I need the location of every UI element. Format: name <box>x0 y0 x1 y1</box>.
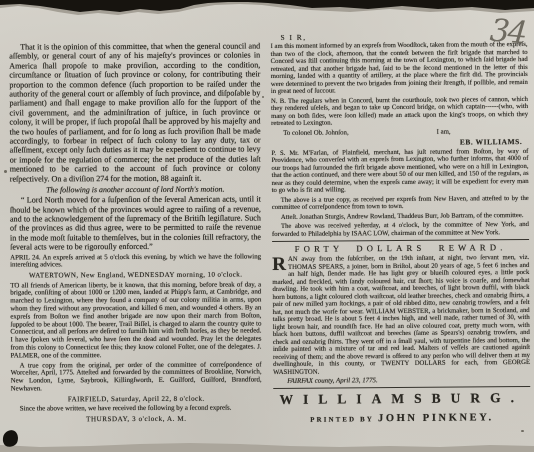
letter-addressee: To colonel Ob. Johnſon, <box>283 129 348 138</box>
palmer-alarm-letter: TO all friends of American liberty, be i… <box>10 281 261 360</box>
reward-body-text: AN away from the ſubſcriber, on the 19th… <box>272 254 530 376</box>
paper-speck <box>262 96 264 98</box>
right-column: S I R, I am this moment informed by an e… <box>270 31 530 429</box>
committee-opinion-paragraph: That it is the opinion of this committee… <box>9 41 261 183</box>
worcester-attestation: A true copy from the original, per order… <box>11 361 262 393</box>
letter-i-am: I am, <box>437 128 451 136</box>
imprint-line: PRINTED BY JOHN PINKNEY. <box>273 407 530 427</box>
april-express-note: APRIL 24. An expreſs arrived at 5 o'cloc… <box>10 253 261 270</box>
divider-rule <box>273 386 530 389</box>
true-copy-note: The above is a true copy, as received pe… <box>272 194 529 211</box>
received-forwarded-note: The above was received yeſterday, at 4 o… <box>272 221 529 238</box>
second-express-note: Since the above written, we have receive… <box>11 405 262 414</box>
paper-speck <box>521 430 524 432</box>
reward-dropcap: R <box>272 256 288 272</box>
imprint-printer-name: JOHN PINKNEY. <box>378 412 494 424</box>
thursday-timestamp: THURSDAY, 3 o'clock, A. M. <box>11 414 262 424</box>
fairfax-dateline: FAIRFAX county, April 23, 1775. <box>287 376 530 385</box>
attest-line: Atteſt. Jonathan Sturgis, Andrew Rowland… <box>272 211 529 221</box>
ink-blot <box>1 429 19 449</box>
postscript-paragraph: P. S. Mr. M'Farlan, of Plainfield, merch… <box>271 147 528 194</box>
woodstock-express-letter: I am this moment informed by an expreſs … <box>271 41 528 96</box>
reward-headline: FORTY DOLLARS REWARD. <box>272 242 529 254</box>
watertown-dateline: WATERTOWN, New England, WEDNESDAY mornin… <box>10 271 261 281</box>
fairfield-dateline: FAIRFIELD, Saturday, April 22, 8 o'clock… <box>11 394 262 404</box>
paper-speck <box>4 170 7 173</box>
newspaper-scan-page: { "page": { "handwritten_page_number": "… <box>0 0 534 452</box>
nb-note: N. B. The regulars when in Concord, burn… <box>271 95 528 127</box>
imprint-printed-by: PRINTED BY <box>310 416 374 424</box>
torn-edge-bottom <box>0 441 534 452</box>
left-column: That it is the opinion of this committee… <box>9 41 262 425</box>
reward-advertisement: RAN away from the ſubſcriber, on the 19t… <box>272 254 530 376</box>
letter-signature: EB. WILLIAMS. <box>271 137 522 148</box>
north-motion-intro: The following is another account of lord… <box>10 185 261 195</box>
imprint-city: WILLIAMSBURG. <box>273 390 530 408</box>
north-motion-account: “ Lord North moved for a ſuſpenſion of t… <box>10 195 261 253</box>
